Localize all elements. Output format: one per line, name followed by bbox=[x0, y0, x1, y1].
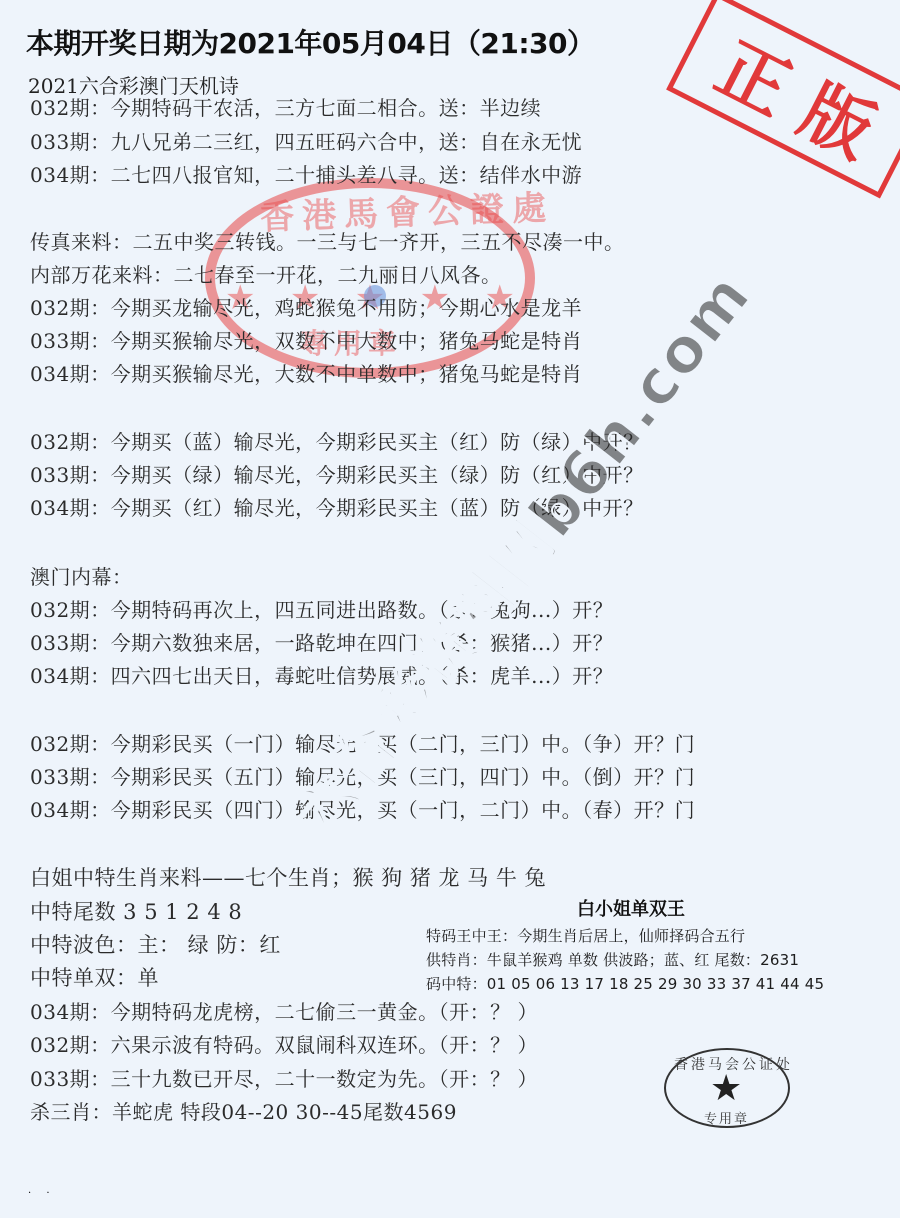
macau-heading: 澳门内幕： bbox=[30, 565, 133, 589]
kill-three-zodiac: 杀三肖：羊蛇虎 特段04--20 30--45尾数4569 bbox=[30, 1100, 457, 1124]
poem-line: 034期：二七四八报官知，二十捕头差八寻。送：结伴水中游 bbox=[30, 163, 582, 187]
footer-dots: . . bbox=[28, 1185, 56, 1196]
macau-line: 033期：今期六数独来居，一路乾坤在四门。（杀：猴猪...）开？ bbox=[30, 631, 613, 655]
fax-line: 内部万花来料：二七春至一开花，二九丽日八风各。 bbox=[30, 263, 502, 287]
bai-jie-tail-numbers: 中特尾数 3 5 1 2 4 8 bbox=[30, 900, 242, 924]
fax-line: 034期：今期买猴输尽光，大数不中单数中；猪兔马蛇是特肖 bbox=[30, 362, 582, 386]
bai-xiaojie-title: 白小姐单双王 bbox=[577, 895, 685, 921]
star-icon: ★ bbox=[710, 1068, 742, 1109]
bai-xiaojie-line: 特码王中王：今期生肖后居上，仙师择码合五行 bbox=[426, 925, 745, 946]
fax-line: 032期：今期买龙输尽光，鸡蛇猴兔不用防；今期心水是龙羊 bbox=[30, 296, 582, 320]
macau-line: 034期：四六四七出天日，毒蛇吐信势展威。（杀：虎羊...）开？ bbox=[30, 664, 613, 688]
bai-jie-odd-even: 中特单双：单 bbox=[30, 966, 159, 990]
final-line: 033期：三十九数已开尽，二十一数定为先。（开：？ ） bbox=[30, 1067, 538, 1091]
fax-line: 传真来料：二五中奖三转钱。一三与七一齐开，三五不尽凑一中。 bbox=[30, 230, 625, 254]
final-line: 034期：今期特码龙虎榜，二七偷三一黄金。（开：？ ） bbox=[30, 1000, 538, 1024]
fax-line: 033期：今期买猴输尽光，双数不中大数中；猪兔马蛇是特肖 bbox=[30, 329, 582, 353]
poem-line: 033期：九八兄弟二三红，四五旺码六合中，送：自在永无忧 bbox=[30, 130, 582, 154]
page-subtitle: 2021六合彩澳门天机诗 bbox=[28, 70, 239, 99]
stamp-char: 版 bbox=[786, 55, 894, 177]
bai-xiaojie-line: 供特肖：牛鼠羊猴鸡 单数 供波路；蓝、红 尾数：2631 bbox=[426, 949, 799, 970]
lottery-document: 香港馬會公證處 ★ ★ ★ ★ ★ 專用章 本期开奖日期为2021年05月04日… bbox=[0, 0, 900, 1218]
bai-jie-zodiac: 白姐中特生肖来料——七个生肖；猴 狗 猪 龙 马 牛 兔 bbox=[30, 866, 546, 890]
bai-jie-wave-color: 中特波色：主： 绿 防：红 bbox=[30, 933, 281, 957]
black-seal-stamp: 香港马会公证处 ★ 专用章 bbox=[664, 1048, 790, 1128]
final-line: 032期：六果示波有特码。双鼠闹科双连环。（开：？ ） bbox=[30, 1033, 538, 1057]
bai-xiaojie-numbers: 码中特：01 05 06 13 17 18 25 29 30 33 37 41 … bbox=[426, 973, 824, 994]
authentic-stamp: 正 版 bbox=[666, 0, 900, 198]
black-seal-bottom-text: 专用章 bbox=[704, 1108, 749, 1127]
stamp-char: 正 bbox=[702, 13, 810, 135]
poem-line: 032期：今期特码干农活，三方七面二相合。送：半边续 bbox=[30, 96, 541, 120]
page-title: 本期开奖日期为2021年05月04日（21:30） bbox=[26, 22, 595, 62]
